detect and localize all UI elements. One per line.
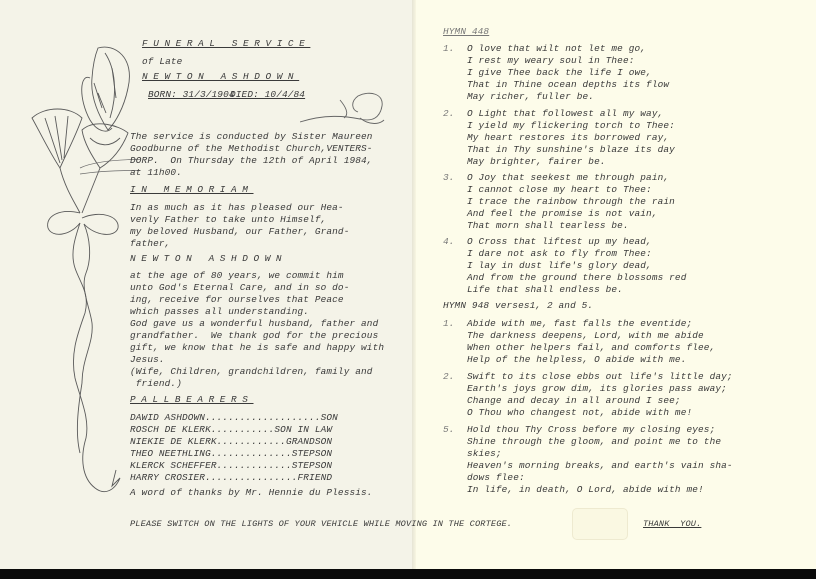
service-info-line: DORP. On Thursday the 12th of April 1984… [130,155,373,167]
verse-line: When other helpers fail, and comforts fl… [467,342,715,354]
verse-number: 3. [443,172,455,184]
verse-line: Hold thou Thy Cross before my closing ey… [467,424,715,436]
verse-line: May brighter, fairer be. [467,156,606,168]
verse-number: 1. [443,43,455,55]
verse-line: O Joy that seekest me through pain, [467,172,669,184]
verse-line: skies; [467,448,502,460]
committal-line: unto God's Eternal Care, and in so do- [130,282,350,294]
service-title: FUNERAL SERVICE [142,38,310,50]
verse-line: That in Thy sunshine's blaze its day [467,144,675,156]
pallbearer-row: DAWID ASHDOWN....................SON [130,412,338,424]
verse-number: 5. [443,424,455,436]
verse-line: And from the ground there blossoms red [467,272,687,284]
service-info-line: Goodburne of the Methodist Church,VENTER… [130,143,373,155]
committal-line: God gave us a wonderful husband, father … [130,318,378,330]
committal-line: Jesus. [130,354,165,366]
committal-line: grandfather. We thank god for the precio… [130,330,378,342]
hymn-448-title: HYMN 448 [443,26,489,38]
pallbearers-heading: PALLBEARERS [130,394,254,406]
verse-line: I rest my weary soul in Thee: [467,55,635,67]
verse-line: In life, in death, O Lord, abide with me… [467,484,704,496]
verse-line: Life that shall endless be. [467,284,623,296]
committal-line: ing, receive for ourselves that Peace [130,294,344,306]
pallbearer-row: NIEKIE DE KLERK............GRANDSON [130,436,332,448]
verse-line: That morn shall tearless be. [467,220,629,232]
thank-you: THANK YOU. [643,519,701,531]
verse-line: O Cross that liftest up my head, [467,236,652,248]
verse-number: 2. [443,108,455,120]
in-memoriam-heading: IN MEMORIAM [130,184,254,196]
verse-number: 1. [443,318,455,330]
calla-lily-ribbon-illustration [20,38,140,508]
hymn-948-title: HYMN 948 verses1, 2 and 5. [443,300,593,312]
memoriam-line: father, [130,238,170,250]
pallbearer-row: KLERCK SCHEFFER.............STEPSON [130,460,332,472]
verse-line: That in Thine ocean depths its flow [467,79,669,91]
thanks-line: A word of thanks by Mr. Hennie du Plessi… [130,487,373,499]
verse-number: 4. [443,236,455,248]
died-date: DIED: 10/4/84 [230,89,305,101]
cortege-notice: PLEASE SWITCH ON THE LIGHTS OF YOUR VEHI… [130,519,512,531]
name-repeat: NEWTON ASHDOWN [130,253,287,265]
verse-line: I yield my flickering torch to Thee: [467,120,675,132]
verse-line: My heart restores its borrowed ray, [467,132,669,144]
born-date: BORN: 31/3/1904 [148,89,235,101]
page-fold [412,0,416,569]
verse-line: I trace the rainbow through the rain [467,196,675,208]
committal-line: gift, we know that he is safe and happy … [130,342,384,354]
deceased-name: NEWTON ASHDOWN [142,71,299,83]
faint-stamp-mark [572,508,628,540]
verse-line: I dare not ask to fly from Thee: [467,248,652,260]
verse-line: O love that wilt not let me go, [467,43,646,55]
verse-line: O Light that followest all my way, [467,108,663,120]
pallbearer-row: THEO NEETHLING..............STEPSON [130,448,332,460]
verse-line: O Thou who changest not, abide with me! [467,407,692,419]
verse-line: I lay in dust life's glory dead, [467,260,652,272]
verse-line: dows flee: [467,472,525,484]
verse-line: The darkness deepens, Lord, with me abid… [467,330,704,342]
verse-line: Abide with me, fast falls the eventide; [467,318,692,330]
service-info-line: The service is conducted by Sister Maure… [130,131,373,143]
committal-line: which passes all understanding. [130,306,309,318]
verse-line: I give Thee back the life I owe, [467,67,652,79]
memoriam-line: venly Father to take unto Himself, [130,214,326,226]
verse-line: And feel the promise is not vain, [467,208,658,220]
verse-line: May richer, fuller be. [467,91,594,103]
verse-line: Earth's joys grow dim, its glories pass … [467,383,727,395]
memoriam-line: my beloved Husband, our Father, Grand- [130,226,350,238]
pallbearer-row: ROSCH DE KLERK...........SON IN LAW [130,424,332,436]
pallbearer-row: HARRY CROSIER................FRIEND [130,472,332,484]
verse-line: Swift to its close ebbs out life's littl… [467,371,733,383]
scroll-flourish-icon [300,84,390,134]
verse-number: 2. [443,371,455,383]
verse-line: Heaven's morning breaks, and earth's vai… [467,460,733,472]
of-late-label: of Late [142,56,182,68]
verse-line: Help of the helpless, O abide with me. [467,354,687,366]
committal-line: (Wife, Children, grandchildren, family a… [130,366,373,378]
service-info-line: at 11h00. [130,167,182,179]
memoriam-line: In as much as it has pleased our Hea- [130,202,344,214]
committal-line: at the age of 80 years, we commit him [130,270,344,282]
verse-line: Change and decay in all around I see; [467,395,681,407]
verse-line: Shine through the gloom, and point me to… [467,436,721,448]
verse-line: I cannot close my heart to Thee: [467,184,652,196]
committal-line: friend.) [130,378,182,390]
